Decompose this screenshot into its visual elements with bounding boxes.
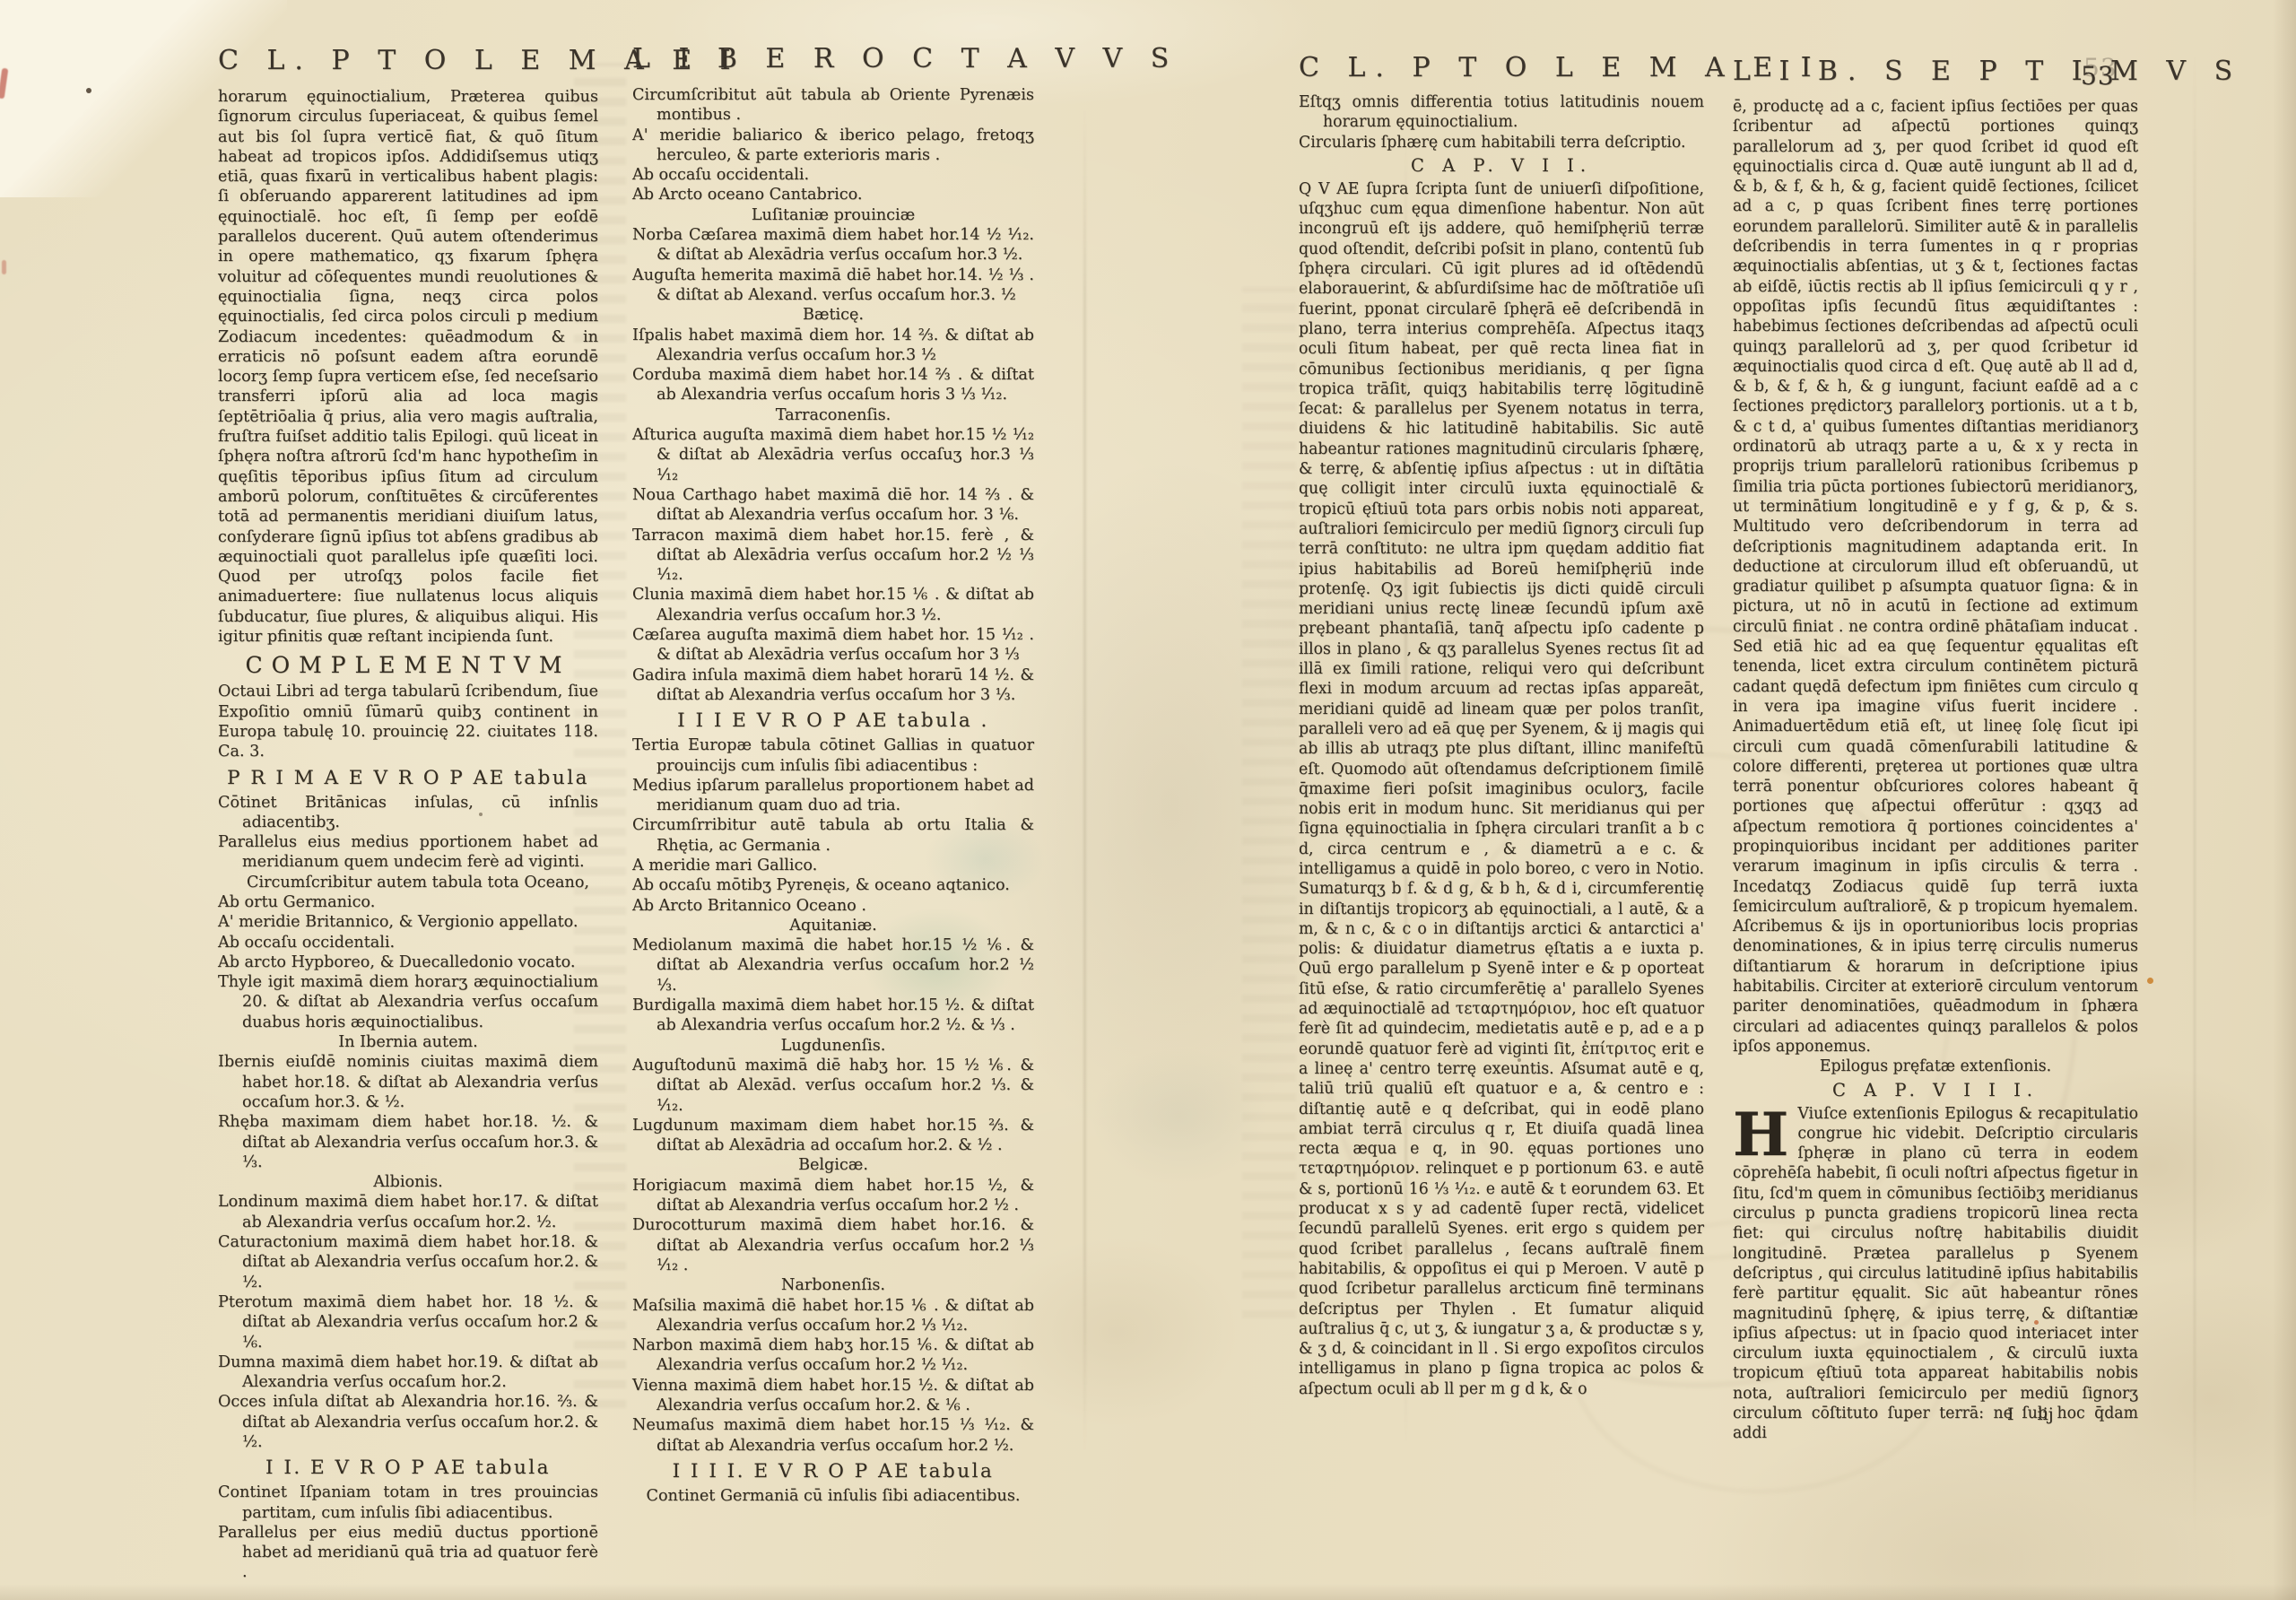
text-block: Parallelus eius medius pportionem habet … xyxy=(218,832,598,873)
text-block: P R I M A E V R O P AE tabula xyxy=(218,766,598,791)
text-block: Durocotturum maximā diem habet hor.16. &… xyxy=(632,1215,1034,1275)
text-block: Ab occaſu occidentali. xyxy=(218,933,598,952)
text-block: Thyle igit maximā diem horarʒ æquinoctia… xyxy=(218,972,598,1032)
text-block: A' meridie baliarico & iberico pelago, f… xyxy=(632,126,1034,166)
text-block: Q V AE ſupra ſcripta ſunt de uniuerſi di… xyxy=(1299,179,1704,1399)
text-block: Dumna maximā diem habet hor.19. & diſtat… xyxy=(218,1352,598,1393)
text-block: Circumſrribitur autē tabula ab ortu Ital… xyxy=(632,815,1034,856)
text-block: In Ibernia autem. xyxy=(218,1032,598,1052)
text-block: Neumaſus maximā diem habet hor.15 ⅓ ¹⁄₁₂… xyxy=(632,1415,1034,1456)
text-block: Tarraconenſis. xyxy=(632,405,1034,425)
ink-speck xyxy=(86,88,91,93)
page-edge-crease xyxy=(2194,54,2196,1534)
text-block: Londinum maximā diem habet hor.17. & diſ… xyxy=(218,1192,598,1232)
text-block: Gadira inſula maximā diem habet horarū 1… xyxy=(632,665,1034,706)
text-block: Vienna maximā diem habet hor.15 ½. & diſ… xyxy=(632,1376,1034,1416)
text-block: Iſpalis habet maximā diem hor. 14 ⅔. & d… xyxy=(632,326,1034,366)
text-block: Belgicæ. xyxy=(632,1155,1034,1175)
red-fiber-mark xyxy=(0,68,8,100)
text-block: A' meridie Britannico, & Vergionio appel… xyxy=(218,912,598,932)
text-block: Circumſcribitur autem tabula tota Oceano… xyxy=(218,873,598,892)
scanned-book-spread: { "page1": { "col1": { "header": "C L. P… xyxy=(0,0,2296,1600)
text-block: Auguſtodunū maximā diē habʒ hor. 15 ½ ⅙.… xyxy=(632,1056,1034,1116)
text-block: Medius ipſarum parallelus proportionem h… xyxy=(632,776,1034,816)
text-block: Eſtqʒ omnis differentia totius latitudin… xyxy=(1299,92,1704,133)
folio-number: 53 xyxy=(2081,61,2115,91)
text-block: Luſitaniæ prouinciæ xyxy=(632,205,1034,225)
text-block: Circularis ſphærę cum habitabili terra d… xyxy=(1299,133,1704,152)
running-head-lib-septimus: L I B. S E P T I M V S xyxy=(1733,56,2092,87)
text-block: Narbonenſis. xyxy=(632,1275,1034,1295)
text-block: Ibernis eiuſdē nominis ciuitas maximā di… xyxy=(218,1052,598,1112)
text-block: Caturactonium maximā diem habet hor.18. … xyxy=(218,1232,598,1292)
text-column-1: horarum ęquinoctialium, Præterea quibus … xyxy=(218,87,598,1583)
text-block: Corduba maximā diem habet hor.14 ⅔ . & d… xyxy=(632,365,1034,405)
text-block: I I I E V R O P AE tabula . xyxy=(632,709,1034,734)
text-block: C A P. V I I. xyxy=(1299,154,1704,178)
text-block: Maſsilia maximā diē habet hor.15 ⅙ . & d… xyxy=(632,1296,1034,1336)
text-block: Bæticę. xyxy=(632,305,1034,325)
running-head-ptolemaei-right: C L. P T O L E M A E I xyxy=(1299,52,1704,83)
page-bottom-edge-shadow xyxy=(0,1584,2296,1600)
text-block: Mediolanum maximā die habet hor.15 ½ ⅙. … xyxy=(632,935,1034,996)
text-block: Epilogus pręfatæ extenſionis. xyxy=(1733,1057,2138,1076)
text-block: Ab Arcto oceano Cantabrico. xyxy=(632,185,1034,204)
text-block: Auguſta hemerita maximā diē habet hor.14… xyxy=(632,265,1034,306)
ink-speck xyxy=(2147,978,2153,984)
text-block: ē, productę ad a c, facient ipſius ſecti… xyxy=(1733,97,2138,1057)
text-block: Occes inſula diſtat ab Alexandria hor.16… xyxy=(218,1392,598,1452)
red-fiber-mark xyxy=(2,260,6,274)
text-block: Narbon maximā diem habʒ hor.15 ⅙. & diſt… xyxy=(632,1335,1034,1376)
text-column-3: Eſtqʒ omnis differentia totius latitudin… xyxy=(1299,92,1704,1399)
text-block: Albionis. xyxy=(218,1172,598,1192)
running-head-ptolemaei-left: C L. P T O L E M A E I xyxy=(218,45,598,76)
text-block: Ab occaſu occidentali. xyxy=(632,165,1034,185)
gutter-crease xyxy=(1083,108,1086,1453)
page-right-edge-shadow xyxy=(2273,0,2296,1600)
quire-signature: I iij xyxy=(2007,1404,2054,1424)
running-head-liber-octavus: L I B E R O C T A V V S xyxy=(632,43,1034,74)
text-block: Ab arcto Hypboreo, & Duecalledonio vocat… xyxy=(218,952,598,972)
text-block: HViuſce extenſionis Epilogus & recapitul… xyxy=(1733,1104,2138,1444)
text-block: Aſturica auguſta maximā diem habet hor.1… xyxy=(632,425,1034,485)
text-block: Burdigalla maximā diem habet hor.15 ½. &… xyxy=(632,996,1034,1036)
text-block: A meridie mari Gallico. xyxy=(632,856,1034,875)
text-block: Cōtinet Britānicas inſulas, cū inſnlis a… xyxy=(218,793,598,833)
showthrough-text-ghost xyxy=(1242,287,1296,1318)
text-block: Rhęba maximam diem habet hor.18. ½. & di… xyxy=(218,1112,598,1172)
text-block: I I I I. E V R O P AE tabula xyxy=(632,1459,1034,1484)
text-block: Clunia maximā diem habet hor.15 ⅙ . & di… xyxy=(632,585,1034,625)
text-block: horarum ęquinoctialium, Præterea quibus … xyxy=(218,87,598,647)
text-block: COMPLEMENTVM xyxy=(218,652,598,679)
text-block: Tarracon maximā diem habet hor.15. ferè … xyxy=(632,526,1034,586)
text-block: C A P. V I I I. xyxy=(1733,1079,2138,1102)
text-block: Parallelus per eius mediū ductus pportio… xyxy=(218,1523,598,1583)
text-block: Norba Cæſarea maximā diem habet hor.14 ½… xyxy=(632,225,1034,265)
text-block: Ab Arcto Britannico Oceano . xyxy=(632,896,1034,916)
text-block: Lugdunenſis. xyxy=(632,1036,1034,1056)
text-block: Tertia Europæ tabula cōtinet Gallias in … xyxy=(632,735,1034,776)
text-column-4: ē, productę ad a c, facient ipſius ſecti… xyxy=(1733,97,2138,1444)
text-block: Continet Iſpaniam totam in tres prouinci… xyxy=(218,1483,598,1523)
text-block: Ab ortu Germanico. xyxy=(218,892,598,912)
text-block: Pterotum maximā diem habet hor. 18 ½. & … xyxy=(218,1292,598,1352)
text-block: Circumſcribitut aūt tabula ab Oriente Py… xyxy=(632,85,1034,126)
drop-cap-initial: H xyxy=(1733,1104,1797,1161)
text-block: Continet Germaniā cū inſulis ſibi adiace… xyxy=(632,1486,1034,1506)
text-block: Ab occaſu mōtibʒ Pyrenęis, & oceano aqta… xyxy=(632,875,1034,895)
text-block: Lugdunum maximam diem habet hor.15 ⅔. & … xyxy=(632,1116,1034,1156)
text-block: Horigiacum maximā diem habet hor.15 ½, &… xyxy=(632,1176,1034,1216)
text-block: Noua Carthago habet maximā diē hor. 14 ⅔… xyxy=(632,485,1034,526)
text-block: Cæſarea auguſta maximā diem habet hor. 1… xyxy=(632,625,1034,665)
text-block: Aquitaniæ. xyxy=(632,916,1034,935)
text-column-2: Circumſcribitut aūt tabula ab Oriente Py… xyxy=(632,85,1034,1506)
text-block: I I. E V R O P AE tabula xyxy=(218,1456,598,1481)
text-block: Octaui Libri ad terga tabularū ſcribendu… xyxy=(218,682,598,761)
